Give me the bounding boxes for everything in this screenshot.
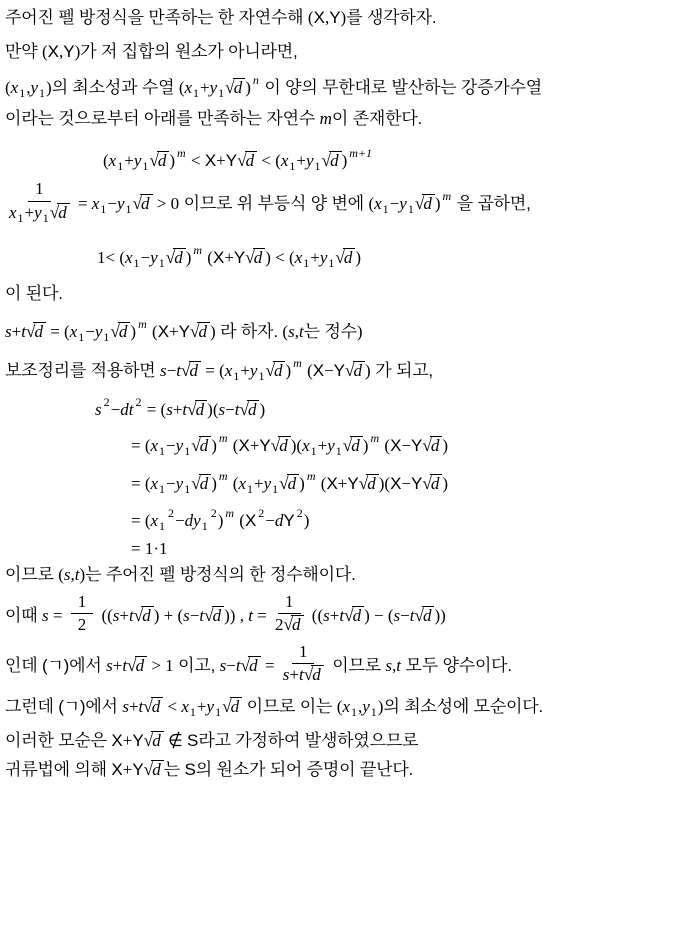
- subscript: 1: [193, 86, 199, 100]
- radicand: d: [173, 248, 186, 267]
- math-var: y: [30, 78, 38, 97]
- math-op: =: [74, 194, 92, 213]
- superscript: m: [370, 431, 379, 445]
- math-op: ) + (: [154, 606, 183, 625]
- fraction: 12√d: [275, 592, 304, 636]
- math-roman: Y: [347, 474, 358, 493]
- text-run: 의 최소성과 수열: [52, 78, 179, 97]
- math-roman: X: [390, 436, 401, 455]
- radicand: d: [157, 151, 170, 170]
- math-var: dy: [185, 511, 201, 530]
- math-op: ): [442, 474, 448, 493]
- subscript: 1: [103, 330, 109, 344]
- math-op: +: [173, 400, 183, 419]
- math-op: 2: [275, 615, 284, 634]
- text-run: 의 원소가 되어 증명이 끝난다.: [196, 760, 413, 779]
- math-op: +: [123, 731, 133, 750]
- subscript: 1: [218, 86, 224, 100]
- math-op: = (: [201, 361, 225, 380]
- math-roman: X: [238, 436, 249, 455]
- radicand: d: [151, 731, 164, 750]
- math-op: ): [211, 436, 217, 455]
- radicand: d: [350, 436, 363, 455]
- subscript: 1: [351, 705, 357, 719]
- math-op: (: [235, 511, 245, 530]
- math-op: =: [253, 606, 271, 625]
- superscript: 2: [297, 506, 303, 520]
- math-var: x: [281, 151, 289, 170]
- superscript: m+1: [349, 146, 372, 160]
- sqrt: √d: [144, 758, 164, 782]
- math-var: y: [320, 248, 328, 267]
- math-op: +: [338, 474, 348, 493]
- math-roman: X: [245, 511, 256, 530]
- math-op: ): [169, 151, 175, 170]
- math-op: = (: [131, 474, 151, 493]
- math-op: (: [203, 248, 213, 267]
- sqrt: √d: [187, 398, 207, 422]
- math-roman: X: [213, 248, 224, 267]
- math-op: +: [200, 78, 210, 97]
- math-op: +: [254, 474, 264, 493]
- math-op: ): [245, 78, 251, 97]
- math-roman: X: [111, 731, 122, 750]
- math-var: x: [295, 248, 303, 267]
- math-op: +: [12, 322, 22, 341]
- para-minimality-sequence: (x1,y1)의 최소성과 수열 (x1+y1√d)n 이 양의 무한대로 발산…: [5, 72, 675, 101]
- math-op: (: [148, 322, 158, 341]
- denominator: x1+y1√d: [9, 202, 70, 225]
- text-run: 주어진 펠 방정식을 만족하는 한 자연수해: [5, 8, 308, 27]
- radicand: d: [199, 474, 212, 493]
- math-roman: X: [313, 361, 324, 380]
- math-op: (: [303, 361, 313, 380]
- math-op: )): [434, 606, 445, 625]
- para-apply-lemma: 보조정리를 적용하면 s−t√d = (x1+y1√d)m (X−Y√d) 가 …: [5, 355, 675, 384]
- superscript: 2: [258, 506, 264, 520]
- numerator: 1: [71, 592, 94, 614]
- para-assumption-origin: 이러한 모순은 X+Y√d ∉ S라고 가정하여 발생하였으므로: [5, 729, 675, 753]
- sqrt: √d: [345, 359, 365, 383]
- math-var: x: [374, 194, 382, 213]
- subscript: 1: [18, 211, 24, 225]
- superscript: m: [293, 356, 302, 370]
- math-var: x: [238, 474, 246, 493]
- superscript: m: [219, 469, 228, 483]
- math-op: ): [186, 248, 192, 267]
- math-op: −: [107, 194, 117, 213]
- math-roman: Y: [329, 8, 340, 27]
- math-var: s: [5, 322, 12, 341]
- math-var: y: [210, 78, 218, 97]
- radicand: d: [245, 151, 258, 170]
- radicand: d: [118, 322, 131, 341]
- eq-sandwich: 1< (x1−y1√d)m (X+Y√d) < (x1+y1√d): [5, 242, 675, 271]
- superscript: n: [253, 73, 259, 87]
- math-var: y: [362, 697, 370, 716]
- sqrt: √d: [237, 149, 257, 173]
- subscript: 1: [336, 444, 342, 458]
- superscript: 2: [104, 395, 110, 409]
- math-op: = (: [131, 511, 151, 530]
- denominator: 2√d: [275, 614, 304, 636]
- math-op: −: [167, 361, 177, 380]
- radicand: d: [278, 436, 291, 455]
- subscript: 1: [134, 256, 140, 270]
- math-var: s: [160, 361, 167, 380]
- sqrt: √d: [335, 246, 355, 270]
- text-run: 이 존재한다.: [332, 109, 422, 128]
- subscript: 1: [184, 444, 190, 458]
- sqrt: √d: [265, 359, 285, 383]
- sqrt: √d: [359, 472, 379, 496]
- math-op: +: [296, 151, 306, 170]
- sqrt: √d: [143, 695, 163, 719]
- math-op: +: [318, 436, 328, 455]
- math-op: +: [250, 436, 260, 455]
- math-op: ) < (: [265, 248, 294, 267]
- text-run: 이고,: [174, 656, 220, 675]
- para-st-positive: 인데 (ㄱ)에서 s+t√d > 1 이고, s−t√d = 1s+t√d 이므…: [5, 645, 675, 689]
- math-op: −: [85, 322, 95, 341]
- math-var: y: [176, 474, 184, 493]
- para-contradiction-minimality: 그런데 (ㄱ)에서 s+t√d < x1+y1√d 이므로 이는 (x1,y1)…: [5, 695, 675, 720]
- radicand: d: [343, 248, 356, 267]
- subscript: 1: [159, 519, 165, 533]
- eq-s2-dt2-step4: = (x12−dy12)m (X2−dY2): [5, 505, 675, 534]
- radicand: d: [33, 322, 46, 341]
- math-var: x: [151, 436, 159, 455]
- sqrt: √d: [414, 604, 434, 628]
- math-op: −: [401, 436, 411, 455]
- text-run: 라 하자.: [216, 322, 283, 341]
- subscript: 1: [117, 159, 123, 173]
- radicand: d: [141, 606, 154, 625]
- math-op: = (: [142, 400, 166, 419]
- subscript: 1: [19, 86, 25, 100]
- radicand: d: [366, 474, 379, 493]
- math-op: (: [317, 474, 327, 493]
- sqrt: √d: [204, 604, 224, 628]
- subscript: 1: [383, 202, 389, 216]
- superscript: m: [177, 146, 186, 160]
- math-op: > 0: [153, 194, 180, 213]
- radicand: d: [151, 697, 164, 716]
- text-run: 이 된다.: [5, 284, 63, 303]
- superscript: m: [193, 243, 202, 257]
- math-op: 1: [299, 642, 308, 661]
- text-run: 귀류법에 의해: [5, 760, 111, 779]
- text-run: 만약: [5, 42, 42, 61]
- para-if-not-element: 만약 (X,Y)가 저 집합의 원소가 아니라면,: [5, 41, 675, 64]
- math-var: x: [70, 322, 78, 341]
- math-roman: Y: [283, 511, 294, 530]
- fraction: 1x1+y1√d: [9, 179, 70, 225]
- math-var: s: [283, 665, 290, 684]
- math-var: y: [176, 436, 184, 455]
- math-op: <: [163, 697, 181, 716]
- sqrt: √d: [190, 320, 210, 344]
- math-op: −: [111, 400, 121, 419]
- radicand: d: [353, 361, 366, 380]
- math-op: 1: [78, 592, 87, 611]
- math-var: y: [134, 151, 142, 170]
- sqrt: √d: [241, 654, 261, 678]
- subscript: 1: [125, 202, 131, 216]
- subscript: 1: [159, 482, 165, 496]
- math-roman: X: [158, 322, 169, 341]
- superscript: 2: [168, 506, 174, 520]
- math-op: (: [229, 436, 239, 455]
- sqrt: √d: [134, 604, 154, 628]
- math-op: +: [216, 151, 226, 170]
- math-op: <: [187, 151, 205, 170]
- superscript: 2: [211, 506, 217, 520]
- math-op: −: [400, 606, 410, 625]
- subscript: 1: [247, 482, 253, 496]
- text-run: 이 양의 무한대로 발산하는 강증가수열: [260, 78, 542, 97]
- para-exists-m: 이라는 것으로부터 아래를 만족하는 자연수 m이 존재한다.: [5, 108, 675, 131]
- numerator: 1: [278, 592, 301, 614]
- math-op: +: [124, 151, 134, 170]
- text-run: 이라는 것으로부터 아래를 만족하는 자연수: [5, 109, 320, 128]
- radicand: d: [329, 151, 342, 170]
- fraction: 12: [71, 592, 94, 636]
- text-run: 이때: [5, 606, 42, 625]
- math-op: ): [357, 322, 363, 341]
- radicand: d: [151, 760, 164, 779]
- para-integer-solution: 이므로 (s,t)는 주어진 펠 방정식의 한 정수해이다.: [5, 564, 675, 587]
- math-op: ): [435, 194, 441, 213]
- math-var: x: [225, 361, 233, 380]
- text-run: 는 주어진 펠 방정식의 한 정수해이다.: [85, 565, 355, 584]
- math-var: y: [264, 474, 272, 493]
- denominator: 2: [78, 614, 87, 635]
- math-op: ∉: [164, 731, 187, 750]
- sqrt: √d: [144, 729, 164, 753]
- math-var: x: [181, 697, 189, 716]
- subscript: 1: [303, 256, 309, 270]
- math-op: )) ,: [224, 606, 248, 625]
- eq-s2-dt2-step1: s2−dt2 = (s+t√d)(s−t√d): [5, 394, 675, 422]
- math-op: 2: [78, 615, 87, 634]
- numerator: 1: [292, 642, 315, 664]
- sqrt: √d: [279, 472, 299, 496]
- math-var: x: [342, 697, 350, 716]
- math-op: ): [211, 474, 217, 493]
- math-op: =: [49, 606, 67, 625]
- eq-power-inequality: (x1+y1√d)m < X+Y√d < (x1+y1√d)m+1: [5, 145, 675, 174]
- radicand: d: [189, 361, 202, 380]
- math-op: +: [224, 248, 234, 267]
- superscript: m: [225, 506, 234, 520]
- subscript: 1: [142, 159, 148, 173]
- math-op: 1: [285, 592, 294, 611]
- sqrt: √d: [284, 615, 304, 636]
- math-var: x: [151, 474, 159, 493]
- radicand: d: [430, 436, 443, 455]
- math-op: +: [289, 665, 299, 684]
- math-op: ): [442, 436, 448, 455]
- math-op: (: [229, 474, 239, 493]
- math-roman: X: [205, 151, 216, 170]
- math-op: −: [226, 656, 236, 675]
- radicand: d: [422, 606, 435, 625]
- math-op: +: [330, 606, 340, 625]
- math-op: ): [259, 400, 265, 419]
- subscript: 1: [272, 482, 278, 496]
- eq-s2-dt2-step2: = (x1−y1√d)m (X+Y√d)(x1+y1√d)m (X−Y√d): [5, 430, 675, 459]
- math-op: +: [240, 361, 250, 380]
- para-conclusion: 귀류법에 의해 X+Y√d는 S의 원소가 되어 증명이 끝난다.: [5, 758, 675, 782]
- math-op: +: [310, 248, 320, 267]
- sqrt: √d: [422, 434, 442, 458]
- text-run: 모두 양수이다.: [401, 656, 512, 675]
- radicand: d: [199, 436, 212, 455]
- radicand: d: [233, 78, 246, 97]
- math-op: > 1: [147, 656, 174, 675]
- math-op: 1< (: [97, 248, 125, 267]
- math-var: s: [166, 400, 173, 419]
- math-op: )(: [207, 400, 218, 419]
- superscript: m: [138, 317, 147, 331]
- math-op: −: [141, 248, 151, 267]
- subscript: 1: [233, 369, 239, 383]
- sqrt: √d: [304, 665, 324, 686]
- text-run: 이므로 위 부등식 양 변에: [179, 194, 368, 213]
- sqrt: √d: [415, 192, 435, 216]
- superscript: m: [443, 189, 452, 203]
- math-op: ): [304, 511, 310, 530]
- radicand: d: [253, 248, 266, 267]
- superscript: 2: [135, 395, 141, 409]
- math-var: s: [95, 400, 102, 419]
- math-op: +: [197, 697, 207, 716]
- text-run: 이므로 이는: [242, 697, 337, 716]
- radicand: d: [140, 194, 153, 213]
- radicand: d: [212, 606, 225, 625]
- math-var: s: [106, 656, 113, 675]
- subscript: 1: [39, 86, 45, 100]
- math-roman: Y: [334, 361, 345, 380]
- radicand: d: [352, 606, 365, 625]
- math-op: ): [355, 248, 361, 267]
- text-run: 을 곱하면,: [452, 194, 530, 213]
- para-natural-solution: 주어진 펠 방정식을 만족하는 한 자연수해 (X,Y)를 생각하자.: [5, 7, 675, 30]
- sqrt: √d: [343, 434, 363, 458]
- radicand: d: [195, 400, 208, 419]
- math-roman: Y: [132, 731, 143, 750]
- math-op: +: [113, 656, 123, 675]
- math-op: +: [25, 203, 35, 222]
- math-roman: Y: [234, 248, 245, 267]
- math-roman: Y: [226, 151, 237, 170]
- math-roman: X: [48, 42, 59, 61]
- math-op: ): [218, 511, 224, 530]
- math-op: −: [324, 361, 334, 380]
- math-roman: X: [390, 474, 401, 493]
- subscript: 1: [190, 705, 196, 719]
- para-multiply-inverse: 1x1+y1√d = x1−y1√d > 0 이므로 위 부등식 양 변에 (x…: [5, 182, 675, 228]
- subscript: 1: [315, 159, 321, 173]
- math-var: x: [11, 78, 19, 97]
- text-run: 는 정수: [304, 322, 357, 341]
- math-op: )(: [291, 436, 302, 455]
- math-roman: Y: [411, 436, 422, 455]
- text-run: 이러한 모순은: [5, 731, 111, 750]
- math-var: y: [399, 194, 407, 213]
- eq-s2-dt2-step3: = (x1−y1√d)m (x1+y1√d)m (X+Y√d)(X−Y√d): [5, 468, 675, 497]
- math-var: y: [95, 322, 103, 341]
- math-op: ): [342, 151, 348, 170]
- math-roman: Y: [411, 474, 422, 493]
- math-var: dt: [120, 400, 133, 419]
- radicand: d: [248, 656, 261, 675]
- sqrt: √d: [245, 246, 265, 270]
- math-var: s: [64, 565, 71, 584]
- text-run: 이므로: [328, 656, 386, 675]
- math-var: s: [122, 697, 129, 716]
- math-op: ): [363, 436, 369, 455]
- math-op: = (: [46, 322, 70, 341]
- proof-document: 주어진 펠 방정식을 만족하는 한 자연수해 (X,Y)를 생각하자. 만약 (…: [0, 0, 680, 938]
- sqrt: √d: [322, 149, 342, 173]
- math-var: y: [150, 248, 158, 267]
- para-define-st: s+t√d = (x1−y1√d)m (X+Y√d) 라 하자. (s,t는 정…: [5, 316, 675, 345]
- math-op: < (: [257, 151, 281, 170]
- sqrt: √d: [149, 149, 169, 173]
- subscript: 1: [159, 256, 165, 270]
- sqrt: √d: [422, 472, 442, 496]
- math-var: x: [9, 203, 17, 222]
- math-var: s: [42, 606, 49, 625]
- denominator: s+t√d: [283, 664, 324, 686]
- radicand: d: [273, 361, 286, 380]
- math-var: y: [117, 194, 125, 213]
- sqrt: √d: [26, 320, 46, 344]
- subscript: 1: [258, 369, 264, 383]
- math-op: −: [166, 474, 176, 493]
- subscript: 1: [289, 159, 295, 173]
- math-op: +: [119, 606, 129, 625]
- math-op: = 1·1: [131, 539, 168, 558]
- eq-s2-dt2-result: = 1·1: [5, 538, 675, 561]
- math-var: y: [207, 697, 215, 716]
- math-var: s: [323, 606, 330, 625]
- subscript: 1: [371, 705, 377, 719]
- text-run: 그런데 (ㄱ)에서: [5, 697, 122, 716]
- text-run: 라고 가정하여 발생하였으므로: [198, 731, 418, 750]
- sqrt: √d: [191, 434, 211, 458]
- math-op: 1: [35, 179, 44, 198]
- math-op: (: [380, 436, 390, 455]
- subscript: 1: [328, 256, 334, 270]
- sqrt: √d: [181, 359, 201, 383]
- numerator: 1: [28, 179, 51, 201]
- math-var: y: [250, 361, 258, 380]
- math-var: y: [34, 203, 42, 222]
- radicand: d: [311, 665, 324, 684]
- math-var: x: [302, 436, 310, 455]
- subscript: 1: [43, 211, 49, 225]
- radicand: d: [287, 474, 300, 493]
- subscript: 1: [311, 444, 317, 458]
- sqrt: √d: [225, 76, 245, 100]
- math-op: ): [130, 322, 136, 341]
- math-var: x: [125, 248, 133, 267]
- text-run: 가 저 집합의 원소가 아니라면,: [80, 42, 297, 61]
- math-op: +: [169, 322, 179, 341]
